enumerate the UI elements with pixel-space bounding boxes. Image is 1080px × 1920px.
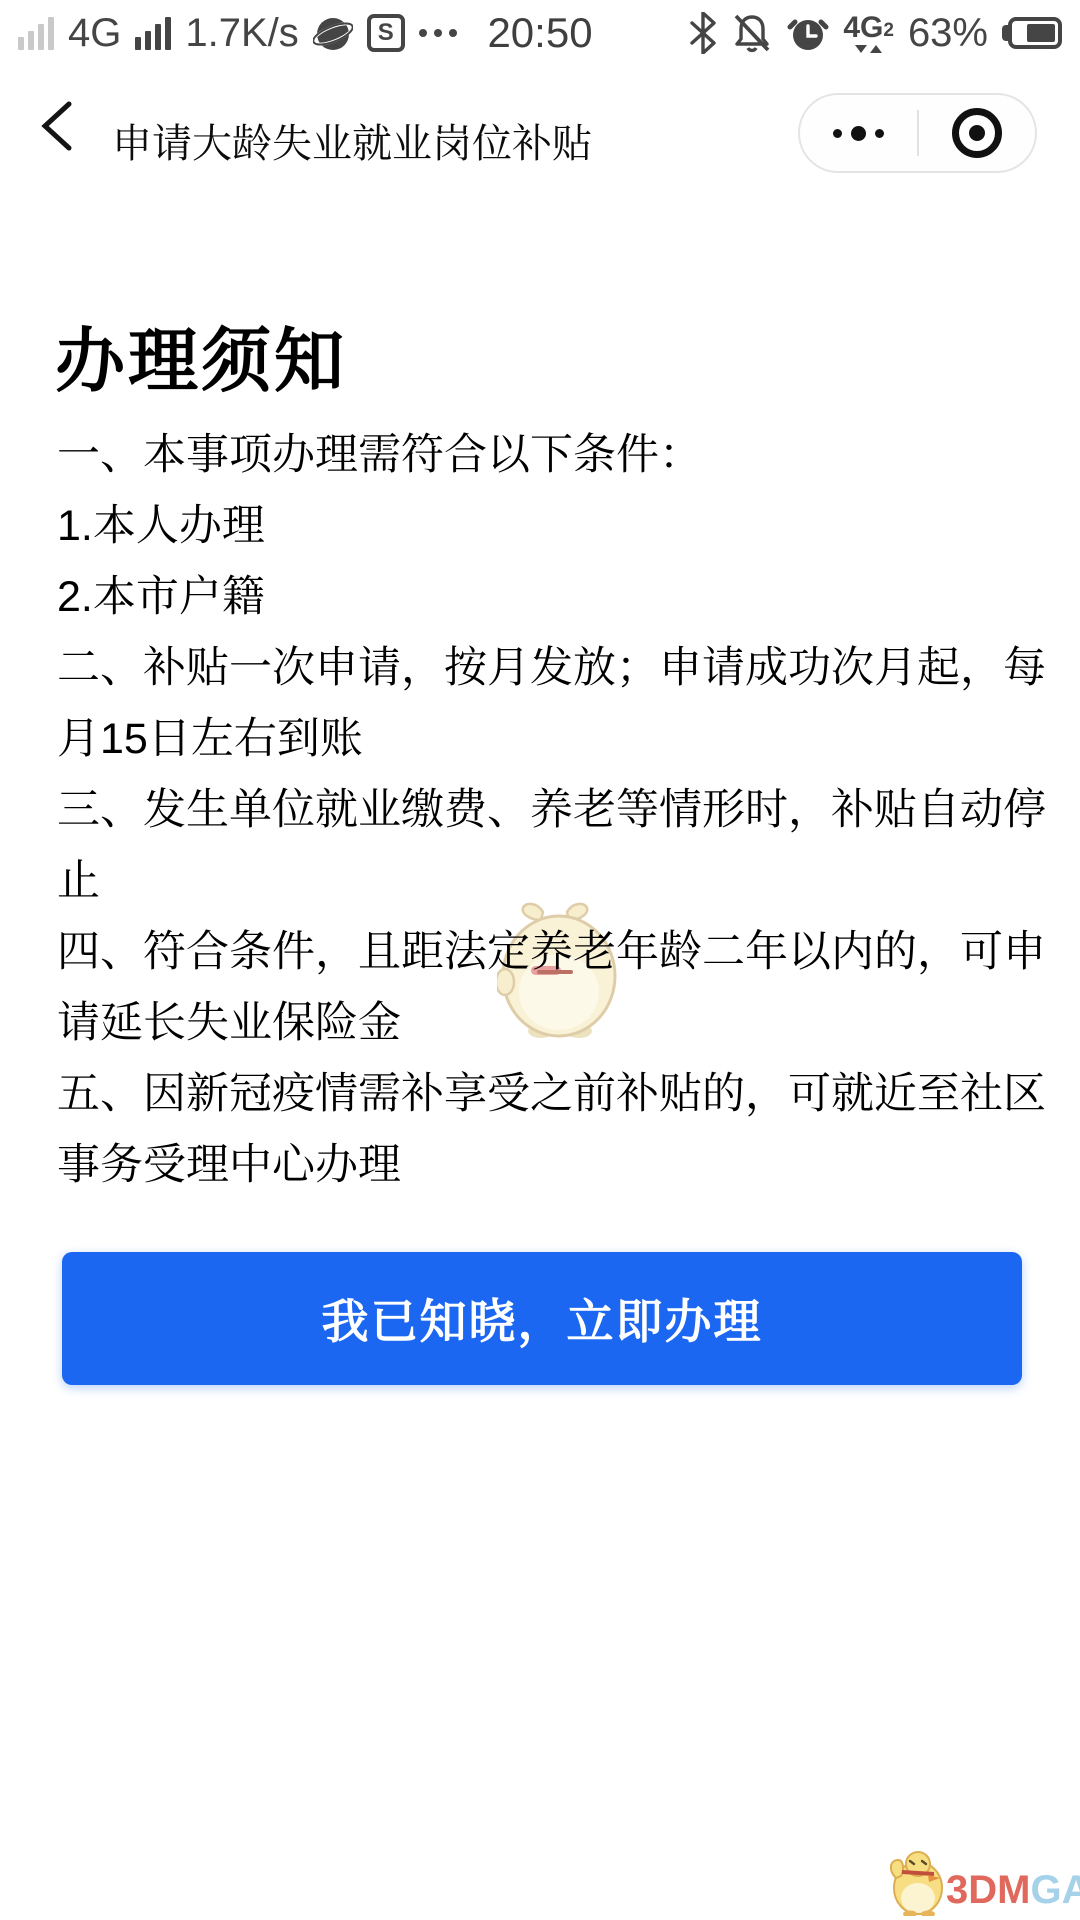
brand-mascot-icon xyxy=(888,1848,944,1916)
status-bar: 4G 1.7K/s S 20:50 4G2 xyxy=(0,0,1080,66)
brand-game-label: GAME xyxy=(1030,1868,1080,1912)
confirm-proceed-button[interactable]: 我已知晓，立即办理 xyxy=(62,1252,1022,1385)
more-button[interactable] xyxy=(800,95,917,171)
home-icon xyxy=(952,108,1002,158)
notice-line: 三、发生单位就业缴费、养老等情形时，补贴自动停 xyxy=(57,775,1047,846)
s-app-badge-icon: S xyxy=(367,14,405,52)
status-left-group: 4G 1.7K/s S xyxy=(18,11,457,56)
status-right-group: 4G2 63% xyxy=(689,11,1062,56)
page-nav-title: 申请大龄失业就业岗位补贴 xyxy=(112,112,592,169)
alarm-icon xyxy=(787,12,829,54)
nav-bar: 申请大龄失业就业岗位补贴 xyxy=(0,66,1080,188)
notice-line: 止 xyxy=(57,846,1047,917)
notice-line: 五、因新冠疫情需补享受之前补贴的，可就近至社区 xyxy=(57,1059,1047,1130)
page-title: 办理须知 xyxy=(55,305,347,406)
back-button[interactable] xyxy=(36,100,80,152)
notice-line: 1.本人办理 xyxy=(57,491,1047,562)
battery-percent-label: 63% xyxy=(908,11,988,56)
brand-wordmark: 3DMGAME xyxy=(946,1870,1080,1910)
notice-line: 一、本事项办理需符合以下条件： xyxy=(57,420,1047,491)
sim2-network-icon: 4G2 xyxy=(843,13,894,53)
more-icon xyxy=(833,126,884,141)
mute-icon xyxy=(731,12,773,54)
clock-time: 20:50 xyxy=(487,9,592,57)
notice-line: 请延长失业保险金 xyxy=(57,988,1047,1059)
sim2-signal-icon xyxy=(135,16,171,50)
notification-overflow-icon xyxy=(419,29,457,37)
notice-line: 二、补贴一次申请，按月发放；申请成功次月起，每 xyxy=(57,633,1047,704)
home-button[interactable] xyxy=(919,95,1036,171)
notice-line: 四、符合条件，且距法定养老年龄二年以内的，可申 xyxy=(57,917,1047,988)
notice-line: 2.本市户籍 xyxy=(57,562,1047,633)
network-type-label: 4G xyxy=(68,11,121,56)
notice-line: 事务受理中心办理 xyxy=(57,1130,1047,1201)
notice-text-block: 一、本事项办理需符合以下条件： 1.本人办理 2.本市户籍 二、补贴一次申请，按… xyxy=(57,420,1047,1201)
brand-3dm-label: 3DM xyxy=(946,1868,1030,1912)
miniprogram-capsule xyxy=(798,93,1037,173)
bluetooth-icon xyxy=(689,12,717,54)
data-globe-icon xyxy=(313,13,353,53)
sim1-signal-icon xyxy=(18,16,54,50)
back-icon xyxy=(36,100,80,152)
battery-icon xyxy=(1002,17,1062,49)
notice-line: 月15日左右到账 xyxy=(57,704,1047,775)
network-speed-label: 1.7K/s xyxy=(185,11,298,56)
brand-watermark: 3DMGAME xyxy=(888,1848,1080,1916)
